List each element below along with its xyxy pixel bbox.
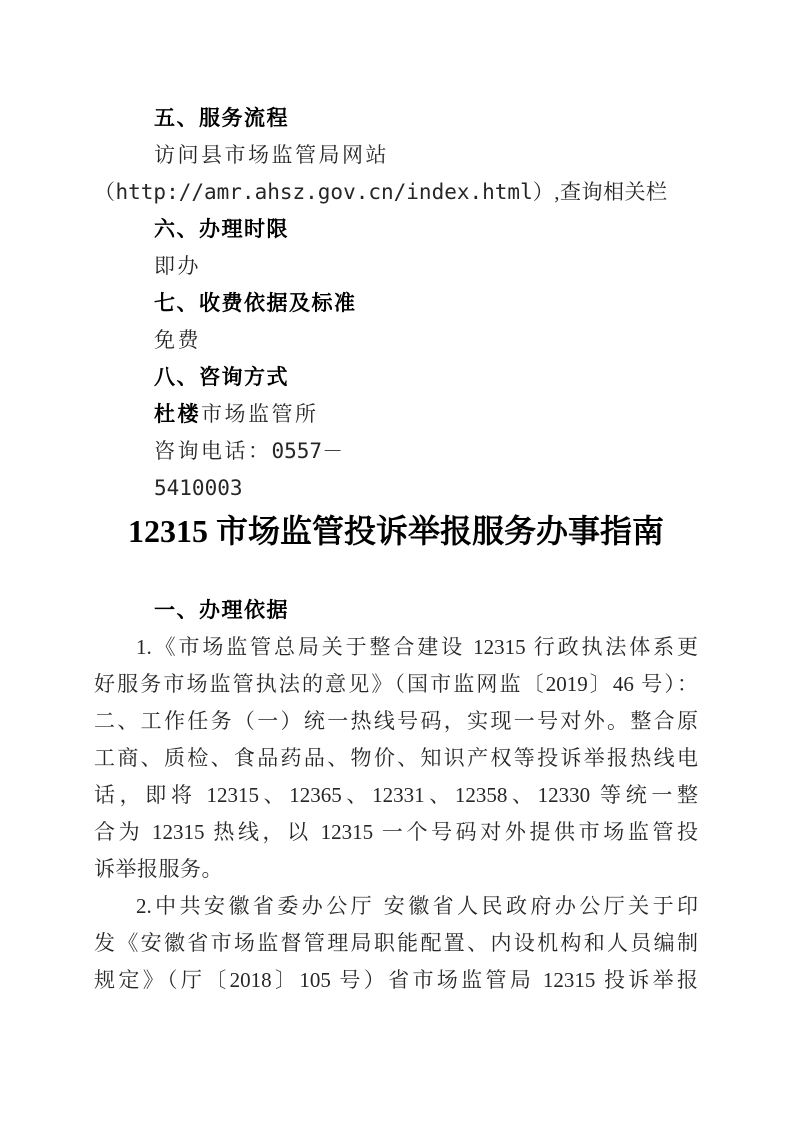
para2-line-3: 规定》（厅〔2018〕105 号）省市场监管局 12315 投诉举报 (94, 962, 698, 999)
body-website-url-line: （http://amr.ahsz.gov.cn/index.html）,查询相关… (94, 174, 698, 211)
para1-line-1: 1.《市场监管总局关于整合建设 12315 行政执法体系更 (94, 629, 698, 666)
para1-line-6: 合为 12315 热线，以 12315 一个号码对外提供市场监管投 (94, 814, 698, 851)
office-name-bold: 杜楼 (154, 403, 201, 426)
office-name-rest: 市场监管所 (201, 402, 319, 426)
heading-processing-time: 六、办理时限 (94, 211, 698, 248)
heading-consultation-method: 八、咨询方式 (94, 359, 698, 396)
guide-title: 12315 市场监管投诉举报服务办事指南 (94, 507, 698, 555)
para2-line-2: 发《安徽省市场监督管理局职能配置、内设机构和人员编制 (94, 925, 698, 962)
heading-legal-basis: 一、办理依据 (94, 592, 698, 629)
blank-line (94, 555, 698, 592)
heading-fee-basis: 七、收费依据及标准 (94, 285, 698, 322)
para1-line-7: 诉举报服务。 (94, 851, 698, 888)
body-fee: 免费 (94, 322, 698, 359)
para1-line-5: 话，即将 12315、12365、12331、12358、12330 等统一整 (94, 777, 698, 814)
website-url: http://amr.ahsz.gov.cn/index.html (116, 180, 533, 204)
body-processing-time: 即办 (94, 248, 698, 285)
heading-service-process: 五、服务流程 (94, 100, 698, 137)
para1-line-3: 二、工作任务（一）统一热线号码，实现一号对外。整合原 (94, 703, 698, 740)
body-phone-line: 咨询电话：0557－ (94, 433, 698, 470)
para2-line-1: 2.中共安徽省委办公厅 安徽省人民政府办公厅关于印 (94, 888, 698, 925)
body-phone-number-line: 5410003 (94, 470, 698, 507)
url-open-paren: （ (94, 180, 116, 204)
phone-area-code: 0557－ (272, 439, 344, 463)
phone-label: 咨询电话： (154, 439, 272, 463)
phone-number: 5410003 (154, 476, 243, 500)
para1-line-2: 好服务市场监管执法的意见》（国市监网监〔2019〕46 号）： (94, 666, 698, 703)
para1-line-4: 工商、质检、食品药品、物价、知识产权等投诉举报热线电 (94, 740, 698, 777)
body-visit-website: 访问县市场监管局网站 (94, 137, 698, 174)
body-office-name: 杜楼市场监管所 (94, 396, 698, 433)
document-page: 五、服务流程 访问县市场监管局网站 （http://amr.ahsz.gov.c… (0, 0, 793, 1122)
document-content: 五、服务流程 访问县市场监管局网站 （http://amr.ahsz.gov.c… (0, 0, 793, 999)
